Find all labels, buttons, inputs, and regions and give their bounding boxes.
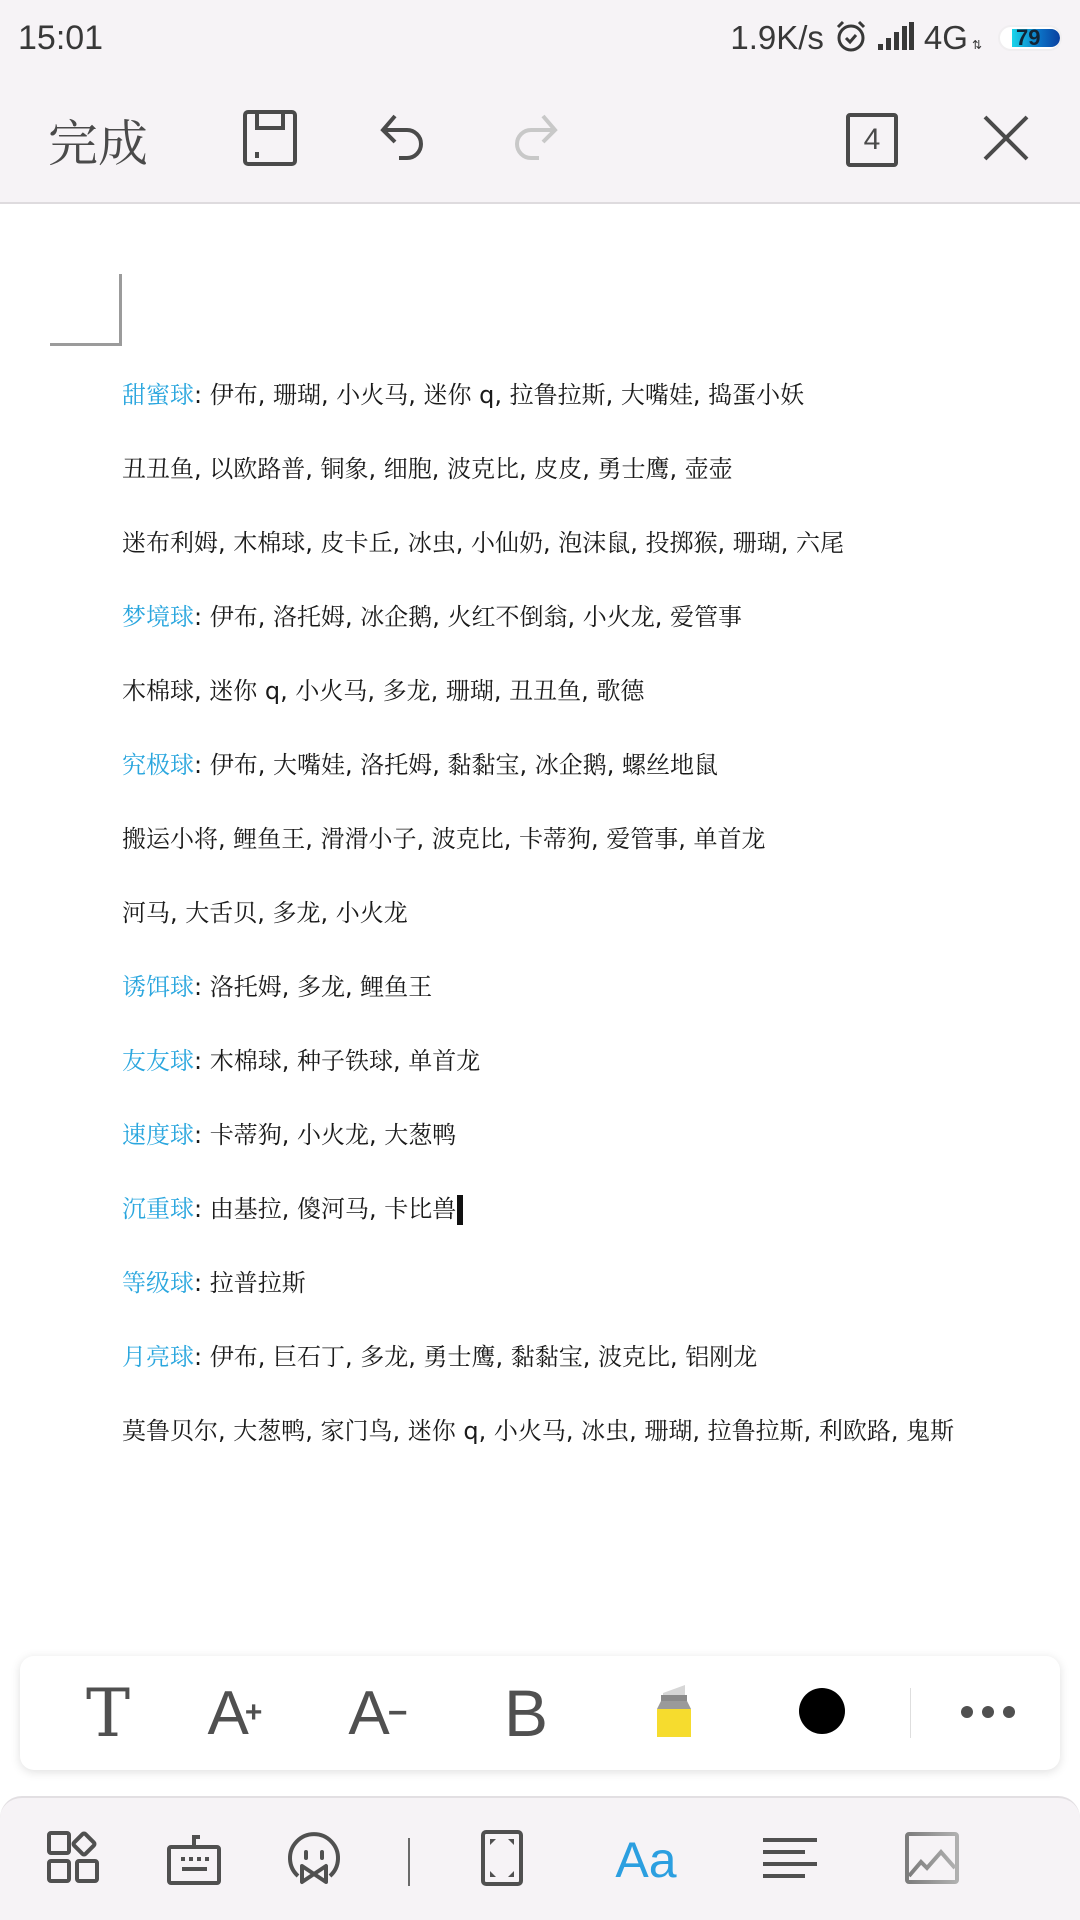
done-button[interactable]: 完成 <box>48 76 148 204</box>
line-text: 洛托姆, 多龙, 鲤鱼王 <box>202 973 432 1001</box>
apps-icon <box>47 1831 101 1889</box>
image-icon <box>905 1832 959 1888</box>
redo-button[interactable] <box>506 76 566 204</box>
status-time: 15:01 <box>18 19 103 58</box>
increase-font-button[interactable]: A+ <box>185 1656 285 1770</box>
doc-line[interactable]: 搬运小将, 鲤鱼王, 滑滑小子, 波克比, 卡蒂狗, 爱管事, 单首龙 <box>122 802 954 876</box>
network-speed: 1.9K/s <box>730 19 824 57</box>
status-indicators: 1.9K/s 4G ⇅ 79 <box>730 19 1062 58</box>
line-text: 拉普拉斯 <box>202 1269 306 1297</box>
line-text: 伊布, 洛托姆, 冰企鹅, 火红不倒翁, 小火龙, 爱管事 <box>202 603 742 631</box>
separator: : <box>194 1343 202 1371</box>
line-text: 河马, 大舌贝, 多龙, 小火龙 <box>122 899 408 927</box>
keyboard-button[interactable] <box>154 1798 234 1920</box>
emoji-button[interactable] <box>274 1798 354 1920</box>
signal-icon <box>878 22 914 55</box>
toolbar-divider <box>910 1688 911 1738</box>
decrease-font-icon: A <box>348 1678 389 1749</box>
page-count-button[interactable]: 4 <box>844 76 900 204</box>
bold-button[interactable]: B <box>476 1656 576 1770</box>
separator: : <box>194 1195 202 1223</box>
page-count: 4 <box>846 113 898 167</box>
fit-page-icon <box>481 1830 523 1890</box>
status-bar: 15:01 1.9K/s 4G ⇅ 79 <box>0 0 1080 76</box>
keyboard-icon <box>166 1831 222 1889</box>
plus-sign: + <box>245 1696 263 1730</box>
font-color-button[interactable] <box>772 1656 872 1770</box>
line-text: 由基拉, 傻河马, 卡比兽 <box>202 1195 456 1223</box>
doc-line[interactable]: 甜蜜球: 伊布, 珊瑚, 小火马, 迷你 q, 拉鲁拉斯, 大嘴娃, 捣蛋小妖 <box>122 358 954 432</box>
separator: : <box>194 751 202 779</box>
align-icon <box>763 1836 817 1884</box>
doc-line[interactable]: 莫鲁贝尔, 大葱鸭, 家门鸟, 迷你 q, 小火马, 冰虫, 珊瑚, 拉鲁拉斯,… <box>122 1394 954 1468</box>
format-toolbar: T A+ A− B <box>20 1656 1060 1770</box>
ball-label: 月亮球 <box>122 1343 194 1371</box>
undo-button[interactable] <box>372 76 432 204</box>
font-color-swatch <box>798 1687 846 1739</box>
save-button[interactable] <box>240 76 300 204</box>
doc-line[interactable]: 月亮球: 伊布, 巨石丁, 多龙, 勇士鹰, 黏黏宝, 波克比, 铝刚龙 <box>122 1320 954 1394</box>
minus-sign: − <box>388 1694 408 1733</box>
separator: : <box>194 381 202 409</box>
insert-image-button[interactable] <box>892 1798 972 1920</box>
highlighter-icon <box>655 1683 693 1743</box>
font-style-button[interactable]: Aa <box>606 1798 686 1920</box>
apps-button[interactable] <box>34 1798 114 1920</box>
line-text: 伊布, 大嘴娃, 洛托姆, 黏黏宝, 冰企鹅, 螺丝地鼠 <box>202 751 718 779</box>
line-text: 木棉球, 迷你 q, 小火马, 多龙, 珊瑚, 丑丑鱼, 歌德 <box>122 677 644 705</box>
line-text: 搬运小将, 鲤鱼王, 滑滑小子, 波克比, 卡蒂狗, 爱管事, 单首龙 <box>122 825 766 853</box>
separator: : <box>194 603 202 631</box>
line-text: 迷布利姆, 木棉球, 皮卡丘, 冰虫, 小仙奶, 泡沫鼠, 投掷猴, 珊瑚, 六… <box>122 529 844 557</box>
battery-icon: 79 <box>998 25 1062 51</box>
doc-line[interactable]: 迷布利姆, 木棉球, 皮卡丘, 冰虫, 小仙奶, 泡沫鼠, 投掷猴, 珊瑚, 六… <box>122 506 954 580</box>
alarm-icon <box>834 19 868 58</box>
text-style-icon: T <box>86 1675 130 1752</box>
doc-line[interactable]: 沉重球: 由基拉, 傻河马, 卡比兽 <box>122 1172 954 1246</box>
ball-label: 友友球 <box>122 1047 194 1075</box>
doc-line[interactable]: 友友球: 木棉球, 种子铁球, 单首龙 <box>122 1024 954 1098</box>
doc-line[interactable]: 究极球: 伊布, 大嘴娃, 洛托姆, 黏黏宝, 冰企鹅, 螺丝地鼠 <box>122 728 954 802</box>
highlight-button[interactable] <box>624 1656 724 1770</box>
ball-label: 甜蜜球 <box>122 381 194 409</box>
fit-page-button[interactable] <box>462 1798 542 1920</box>
ball-label: 等级球 <box>122 1269 194 1297</box>
separator: : <box>194 1121 202 1149</box>
document-body[interactable]: 甜蜜球: 伊布, 珊瑚, 小火马, 迷你 q, 拉鲁拉斯, 大嘴娃, 捣蛋小妖 … <box>122 358 954 1468</box>
page-margin-mark <box>50 274 122 346</box>
decrease-font-button[interactable]: A− <box>328 1656 428 1770</box>
text-style-button[interactable]: T <box>58 1656 158 1770</box>
ball-label: 究极球 <box>122 751 194 779</box>
line-text: 丑丑鱼, 以欧路普, 铜象, 细胞, 波克比, 皮皮, 勇士鹰, 壶壶 <box>122 455 733 483</box>
battery-level: 79 <box>1016 25 1040 51</box>
close-icon <box>981 113 1031 167</box>
doc-line[interactable]: 梦境球: 伊布, 洛托姆, 冰企鹅, 火红不倒翁, 小火龙, 爱管事 <box>122 580 954 654</box>
line-text: 伊布, 珊瑚, 小火马, 迷你 q, 拉鲁拉斯, 大嘴娃, 捣蛋小妖 <box>202 381 804 409</box>
text-cursor <box>457 1195 463 1225</box>
separator: : <box>194 1269 202 1297</box>
ball-label: 诱饵球 <box>122 973 194 1001</box>
font-style-icon: Aa <box>615 1831 676 1889</box>
editor-toolbar: 完成 4 <box>0 76 1080 204</box>
align-button[interactable] <box>750 1798 830 1920</box>
line-text: 木棉球, 种子铁球, 单首龙 <box>202 1047 480 1075</box>
ball-label: 速度球 <box>122 1121 194 1149</box>
line-text: 卡蒂狗, 小火龙, 大葱鸭 <box>202 1121 456 1149</box>
more-icon <box>960 1704 1016 1723</box>
emoji-icon <box>286 1830 342 1890</box>
bottom-toolbar: Aa <box>0 1796 1080 1920</box>
doc-line[interactable]: 诱饵球: 洛托姆, 多龙, 鲤鱼王 <box>122 950 954 1024</box>
document-canvas[interactable]: 甜蜜球: 伊布, 珊瑚, 小火马, 迷你 q, 拉鲁拉斯, 大嘴娃, 捣蛋小妖 … <box>0 206 1080 1646</box>
increase-font-icon: A <box>208 1678 249 1749</box>
network-type: 4G <box>924 19 968 57</box>
separator: : <box>194 973 202 1001</box>
toolbar-divider <box>408 1838 410 1886</box>
bold-icon: B <box>504 1675 548 1751</box>
undo-icon <box>377 110 427 170</box>
redo-icon <box>511 110 561 170</box>
ball-label: 梦境球 <box>122 603 194 631</box>
save-icon <box>243 110 297 170</box>
doc-line[interactable]: 速度球: 卡蒂狗, 小火龙, 大葱鸭 <box>122 1098 954 1172</box>
doc-line[interactable]: 河马, 大舌贝, 多龙, 小火龙 <box>122 876 954 950</box>
ball-label: 沉重球 <box>122 1195 194 1223</box>
doc-line[interactable]: 木棉球, 迷你 q, 小火马, 多龙, 珊瑚, 丑丑鱼, 歌德 <box>122 654 954 728</box>
close-button[interactable] <box>978 76 1034 204</box>
line-text: 莫鲁贝尔, 大葱鸭, 家门鸟, 迷你 q, 小火马, 冰虫, 珊瑚, 拉鲁拉斯,… <box>122 1417 954 1445</box>
data-arrows-icon: ⇅ <box>972 38 982 52</box>
doc-line[interactable]: 丑丑鱼, 以欧路普, 铜象, 细胞, 波克比, 皮皮, 勇士鹰, 壶壶 <box>122 432 954 506</box>
doc-line[interactable]: 等级球: 拉普拉斯 <box>122 1246 954 1320</box>
separator: : <box>194 1047 202 1075</box>
more-options-button[interactable] <box>938 1656 1038 1770</box>
line-text: 伊布, 巨石丁, 多龙, 勇士鹰, 黏黏宝, 波克比, 铝刚龙 <box>202 1343 757 1371</box>
